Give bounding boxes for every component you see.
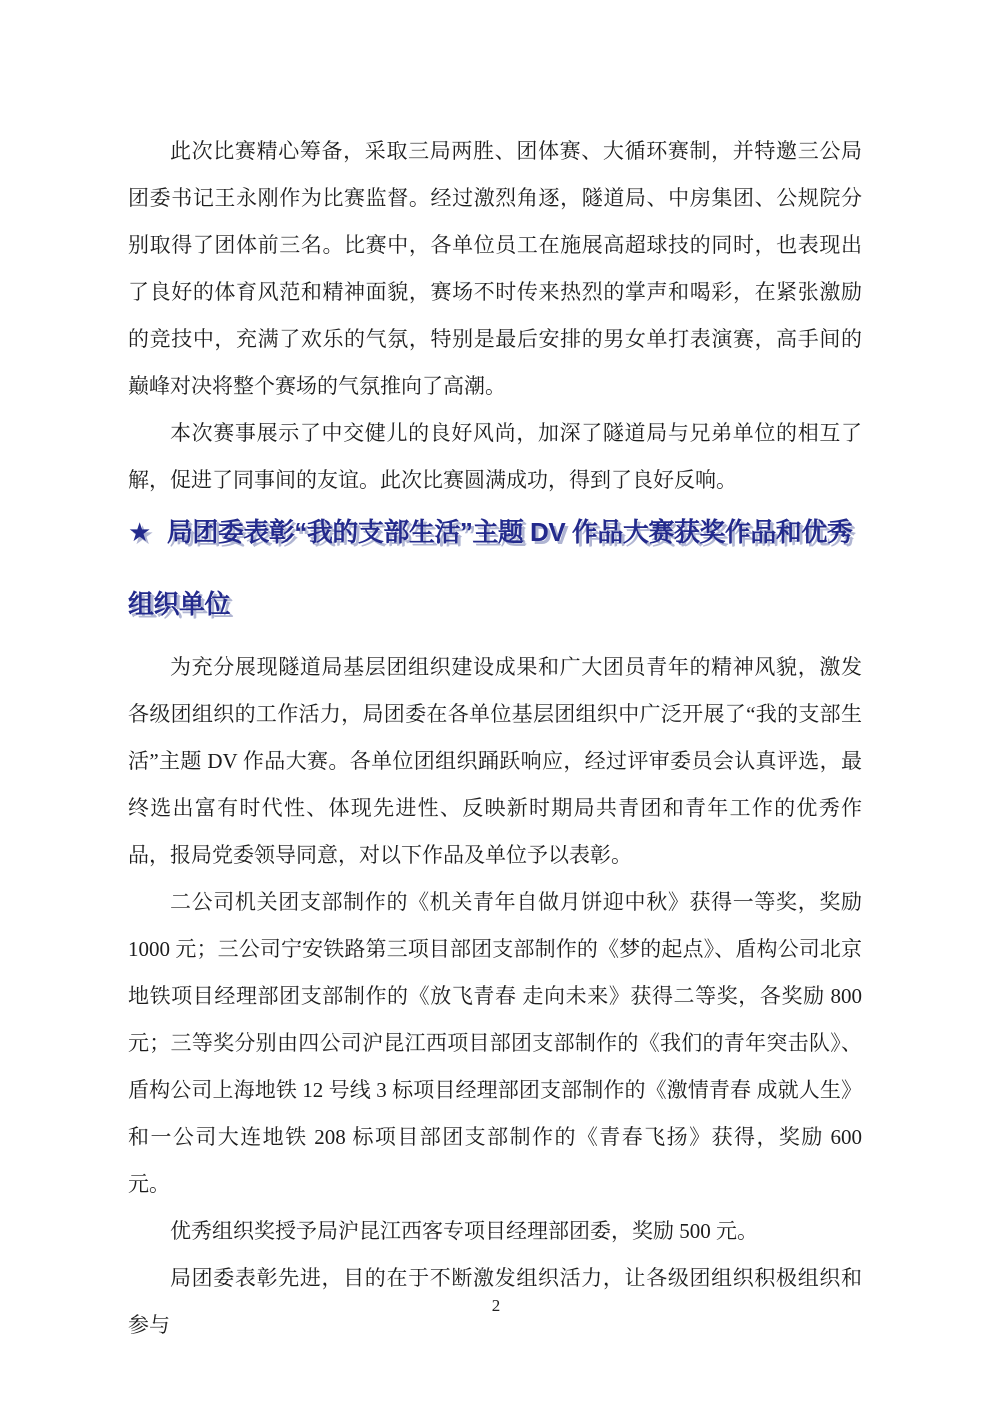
star-icon: ★ [128, 517, 151, 547]
page-number: 2 [0, 1295, 992, 1317]
paragraph-match-summary: 此次比赛精心筹备，采取三局两胜、团体赛、大循环赛制，并特邀三公局团委书记王永刚作… [128, 128, 862, 410]
section-heading: ★局团委表彰“我的支部生活”主题 DV 作品大赛获奖作品和优秀组织单位 [128, 496, 862, 640]
paragraph-dv-contest-intro: 为充分展现隧道局基层团组织建设成果和广大团员青年的精神风貌，激发各级团组织的工作… [128, 644, 862, 879]
paragraph-dv-contest-awards: 二公司机关团支部制作的《机关青年自做月饼迎中秋》获得一等奖，奖励 1000 元；… [128, 879, 862, 1208]
document-content: 此次比赛精心筹备，采取三局两胜、团体赛、大循环赛制，并特邀三公局团委书记王永刚作… [128, 128, 862, 1349]
section-heading-text: 局团委表彰“我的支部生活”主题 DV 作品大赛获奖作品和优秀组织单位 [128, 517, 852, 619]
paragraph-match-closing: 本次赛事展示了中交健儿的良好风尚，加深了隧道局与兄弟单位的相互了解，促进了同事间… [128, 410, 862, 504]
document-page: 此次比赛精心筹备，采取三局两胜、团体赛、大循环赛制，并特邀三公局团委书记王永刚作… [0, 0, 992, 1403]
paragraph-organization-award: 优秀组织奖授予局沪昆江西客专项目经理部团委，奖励 500 元。 [128, 1208, 862, 1255]
